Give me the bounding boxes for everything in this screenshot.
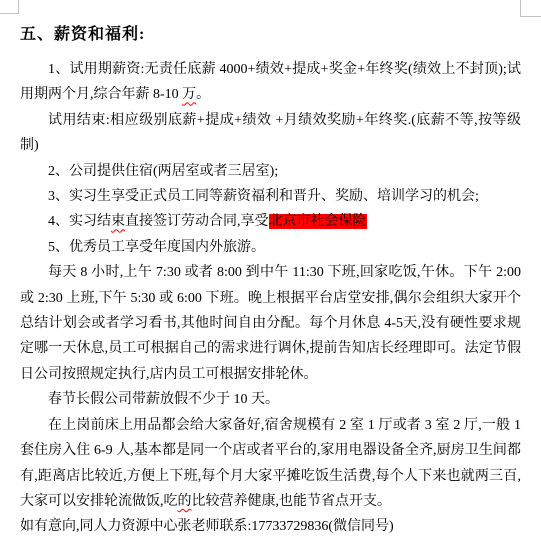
- paragraph: 如有意向,同人力资源中心张老师联系:17733729836(微信同号): [20, 514, 521, 539]
- paragraph: 试用结束:相应级别底薪+提成+绩效 +月绩效奖励+年终奖.(底薪不等,按等级制): [20, 108, 521, 159]
- text-run: 春节长假公司带薪放假不少于 10 天。: [48, 392, 279, 407]
- document-body: 1、试用期薪资:无责任底薪 4000+绩效+提成+奖金+年终奖(绩效上不封顶);…: [20, 57, 521, 540]
- paragraph: 1、试用期薪资:无责任底薪 4000+绩效+提成+奖金+年终奖(绩效上不封顶);…: [20, 57, 521, 108]
- text-run: 5、优秀员工享受年度国内外旅游。: [48, 240, 265, 255]
- text-run: 2、公司提供住宿(两居室或者三居室);: [48, 164, 278, 179]
- section-heading: 五、薪资和福利:: [20, 25, 521, 45]
- document-page: 五、薪资和福利: 1、试用期薪资:无责任底薪 4000+绩效+提成+奖金+年终奖…: [0, 0, 541, 557]
- spellcheck-underlined-text: 的: [178, 494, 192, 509]
- text-run: 1、试用期薪资:无责任底薪 4000+绩效+提成+奖金+年终奖(绩效上不封顶);…: [20, 62, 521, 102]
- text-run: 试用结束:相应级别底薪+提成+绩效 +月绩效奖励+年终奖.(底薪不等,按等级制): [20, 113, 521, 153]
- margin-crop-mark-top-left: [0, 0, 19, 14]
- spellcheck-underlined-text: 束: [111, 214, 125, 229]
- text-run: 直接签订劳动合同,享受: [125, 214, 269, 229]
- text-run: 如有意向,同人力资源中心张老师联系:17733729836(微信同号): [20, 519, 394, 534]
- paragraph: 2、公司提供住宿(两居室或者三居室);: [20, 159, 521, 184]
- highlighted-text: 北京市社会保险: [269, 214, 367, 229]
- spellcheck-underlined-text: 万: [182, 87, 196, 102]
- paragraph: 每天 8 小时,上午 7:30 或者 8:00 到中午 11:30 下班,回家吃…: [20, 260, 521, 387]
- paragraph: 4、实习结束直接签订劳动合同,享受北京市社会保险: [20, 209, 521, 234]
- text-run: 每天 8 小时,上午 7:30 或者 8:00 到中午 11:30 下班,回家吃…: [20, 265, 521, 382]
- text-run: 。: [196, 87, 210, 102]
- text-run: 3、实习生享受正式员工同等薪资福利和晋升、奖励、培训学习的机会;: [48, 189, 479, 204]
- paragraph: 5、优秀员工享受年度国内外旅游。: [20, 235, 521, 260]
- margin-crop-mark-top-right: [520, 0, 541, 17]
- paragraph: 春节长假公司带薪放假不少于 10 天。: [20, 387, 521, 412]
- text-run: 比较营养健康,也能节省点开支。: [192, 494, 392, 509]
- text-run: 4、实习结: [48, 214, 111, 229]
- paragraph: 3、实习生享受正式员工同等薪资福利和晋升、奖励、培训学习的机会;: [20, 184, 521, 209]
- paragraph: 在上岗前床上用品都会给大家备好,宿舍规模有 2 室 1 厅或者 3 室 2 厅,…: [20, 413, 521, 515]
